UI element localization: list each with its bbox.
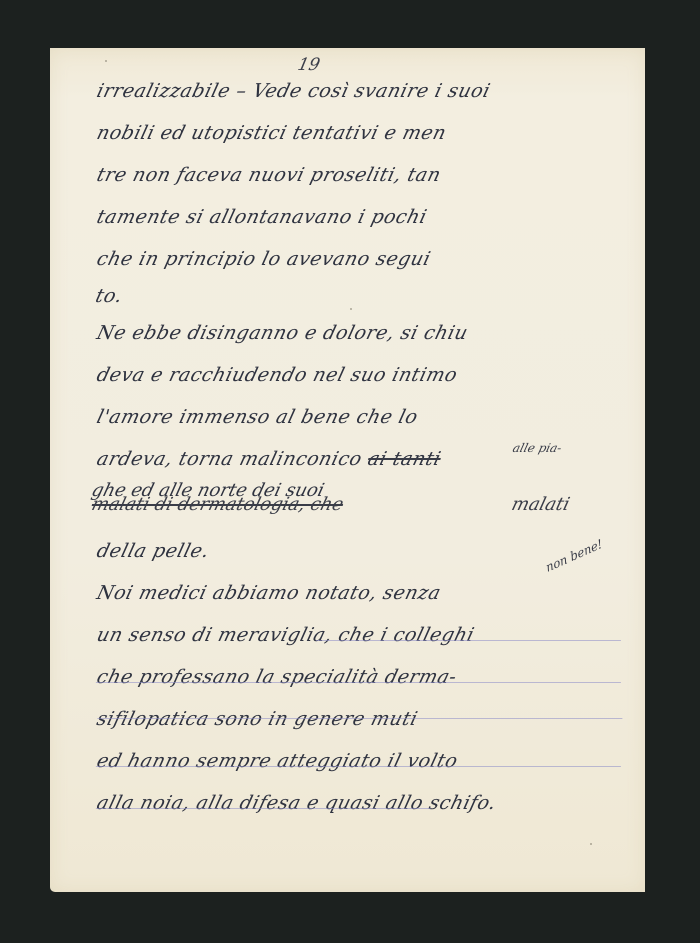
paper-speck	[590, 843, 592, 845]
text-line: alla noia, alla difesa e quasi allo schi…	[94, 792, 498, 814]
text-line: tre non faceva nuovi proseliti, tan	[92, 154, 637, 196]
text-line-pencil-struck: ed hanno sempre atteggiato il volto	[92, 740, 637, 782]
correction-row: ghe ed alle norte dei suoi malati di der…	[92, 480, 627, 530]
struck-original: malati di dermatologia, che malati	[89, 494, 345, 515]
text-line-pencil-struck: sifilopatica sono in genere muti	[92, 698, 637, 740]
text-line: l'amore immenso al bene che lo	[92, 396, 637, 438]
struck-word: ai tanti	[365, 448, 443, 470]
pencil-strike-mark	[96, 808, 431, 809]
pencil-strike-mark	[97, 718, 622, 719]
text-line: un senso di meraviglia, che i colleghi	[94, 624, 476, 646]
text-line: ed hanno sempre atteggiato il volto	[94, 750, 460, 772]
paper-speck	[350, 308, 352, 310]
text-line: deva e racchiudendo nel suo intimo	[92, 354, 637, 396]
text-line: tamente si allontanavano i pochi	[92, 196, 637, 238]
manuscript-page: 19 irrealizzabile – Vede così svanire i …	[50, 48, 645, 892]
pencil-strike-mark	[96, 766, 621, 767]
pencil-strike-mark	[96, 682, 621, 683]
text-line-pencil-struck: che professano la specialità derma-	[92, 656, 637, 698]
text-line: ardeva, torna malinconico	[94, 448, 364, 470]
interlinear-insertion: alle pia-	[511, 441, 563, 455]
kept-word: malati	[509, 494, 572, 515]
text-line: che in principio lo avevano segui	[92, 238, 637, 280]
text-line: che professano la specialità derma-	[94, 666, 459, 688]
text-line-pencil-struck: alla noia, alla difesa e quasi allo schi…	[92, 782, 637, 824]
text-line: nobili ed utopistici tentativi e men	[92, 112, 637, 154]
text-line: irrealizzabile – Vede così svanire i suo…	[92, 70, 637, 112]
paper-speck	[105, 60, 107, 62]
pencil-strike-mark	[316, 640, 621, 641]
text-line-pencil-struck: un senso di meraviglia, che i colleghi	[92, 614, 637, 656]
text-line: Ne ebbe disinganno e dolore, si chiu	[92, 312, 637, 354]
text-line: to.	[92, 280, 635, 312]
struck-text: malati di dermatologia, che	[89, 494, 345, 515]
text-line: sifilopatica sono in genere muti	[94, 708, 420, 730]
text-line: Noi medici abbiamo notato, senza	[92, 572, 637, 614]
